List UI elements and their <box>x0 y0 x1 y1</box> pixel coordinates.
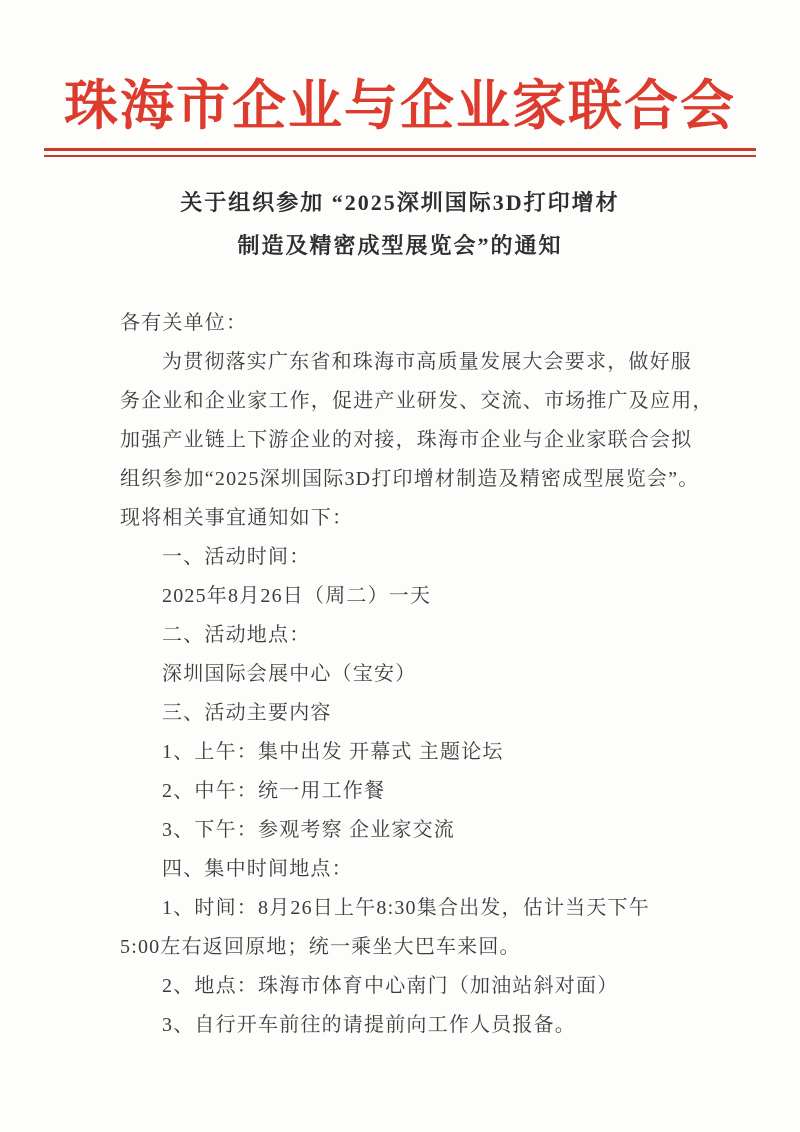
body-line: 3、下午：参观考察 企业家交流 <box>120 811 700 850</box>
body-line: 组织参加“2025深圳国际3D打印增材制造及精密成型展览会”。 <box>120 460 700 499</box>
notice-title-line-2: 制造及精密成型展览会”的通知 <box>0 224 800 267</box>
body-line: 为贯彻落实广东省和珠海市高质量发展大会要求，做好服 <box>120 343 700 382</box>
notice-title-line-1: 关于组织参加 “2025深圳国际3D打印增材 <box>0 181 800 224</box>
letterhead-org-name: 珠海市企业与企业家联合会 <box>0 0 800 136</box>
body-line: 现将相关事宜通知如下： <box>120 499 700 538</box>
body-line: 一、活动时间： <box>120 538 700 577</box>
document-page: 珠海市企业与企业家联合会 关于组织参加 “2025深圳国际3D打印增材 制造及精… <box>0 0 800 1132</box>
body-line: 深圳国际会展中心（宝安） <box>120 655 700 694</box>
letterhead-divider-rule <box>44 148 756 157</box>
body-line: 加强产业链上下游企业的对接，珠海市企业与企业家联合会拟 <box>120 421 700 460</box>
body-line: 各有关单位： <box>120 304 700 343</box>
notice-body: 各有关单位： 为贯彻落实广东省和珠海市高质量发展大会要求，做好服 务企业和企业家… <box>120 304 700 1045</box>
body-line: 2、地点：珠海市体育中心南门（加油站斜对面） <box>120 967 700 1006</box>
body-line: 2025年8月26日（周二）一天 <box>120 577 700 616</box>
body-line: 务企业和企业家工作，促进产业研发、交流、市场推广及应用， <box>120 382 700 421</box>
body-line: 四、集中时间地点： <box>120 850 700 889</box>
body-line: 1、时间：8月26日上午8:30集合出发，估计当天下午 <box>120 889 700 928</box>
notice-title: 关于组织参加 “2025深圳国际3D打印增材 制造及精密成型展览会”的通知 <box>0 181 800 267</box>
body-line: 1、上午：集中出发 开幕式 主题论坛 <box>120 733 700 772</box>
body-line: 5:00左右返回原地；统一乘坐大巴车来回。 <box>120 928 700 967</box>
body-line: 二、活动地点： <box>120 616 700 655</box>
body-line: 三、活动主要内容 <box>120 694 700 733</box>
body-line: 3、自行开车前往的请提前向工作人员报备。 <box>120 1006 700 1045</box>
body-line: 2、中午：统一用工作餐 <box>120 772 700 811</box>
